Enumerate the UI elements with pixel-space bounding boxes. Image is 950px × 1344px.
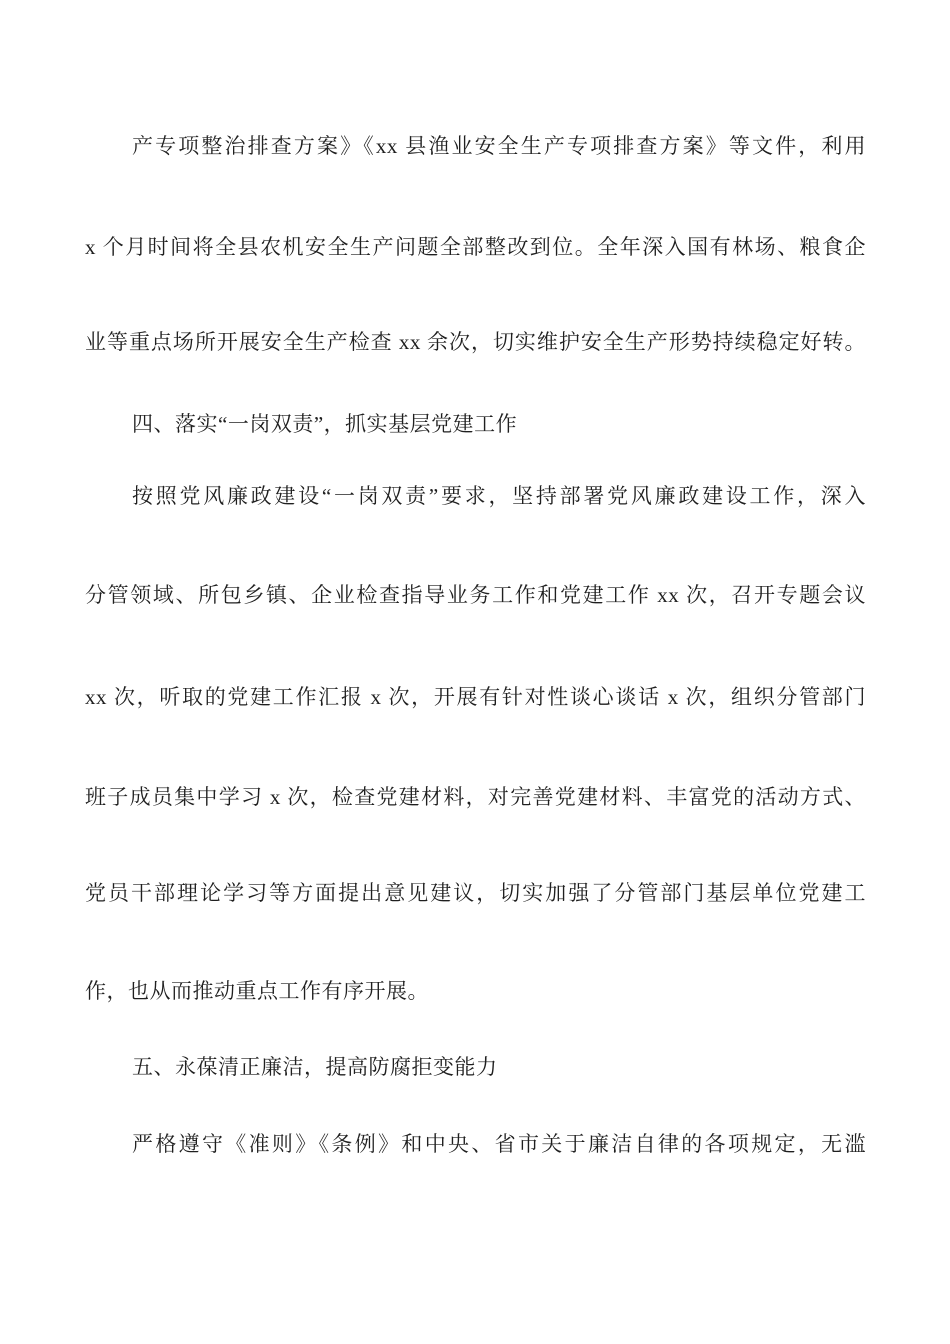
document-line-8: 班子成员集中学习 x 次，检查党建材料，对完善党建材料、丰富党的活动方式、: [85, 782, 866, 812]
section-heading-four: 四、落实“一岗双责”，抓实基层党建工作: [85, 409, 866, 439]
document-line-10: 作，也从而推动重点工作有序开展。: [85, 976, 866, 1006]
document-line-6: 分管领域、所包乡镇、企业检查指导业务工作和党建工作 xx 次，召开专题会议: [85, 580, 866, 610]
document-line-1: 产专项整治排查方案》《xx 县渔业安全生产专项排查方案》等文件，利用: [85, 131, 866, 161]
document-line-9: 党员干部理论学习等方面提出意见建议，切实加强了分管部门基层单位党建工: [85, 878, 866, 908]
document-page: 产专项整治排查方案》《xx 县渔业安全生产专项排查方案》等文件，利用 x 个月时…: [0, 0, 950, 1344]
document-line-7: xx 次，听取的党建工作汇报 x 次，开展有针对性谈心谈话 x 次，组织分管部门: [85, 682, 866, 712]
document-line-3: 业等重点场所开展安全生产检查 xx 余次，切实维护安全生产形势持续稳定好转。: [85, 327, 866, 357]
document-line-12: 严格遵守《准则》《条例》和中央、省市关于廉洁自律的各项规定，无滥: [85, 1129, 866, 1159]
document-line-2: x 个月时间将全县农机安全生产问题全部整改到位。全年深入国有林场、粮食企: [85, 232, 866, 262]
section-heading-five: 五、永葆清正廉洁，提高防腐拒变能力: [85, 1052, 866, 1082]
document-line-5: 按照党风廉政建设“一岗双责”要求，坚持部署党风廉政建设工作，深入: [85, 481, 866, 511]
